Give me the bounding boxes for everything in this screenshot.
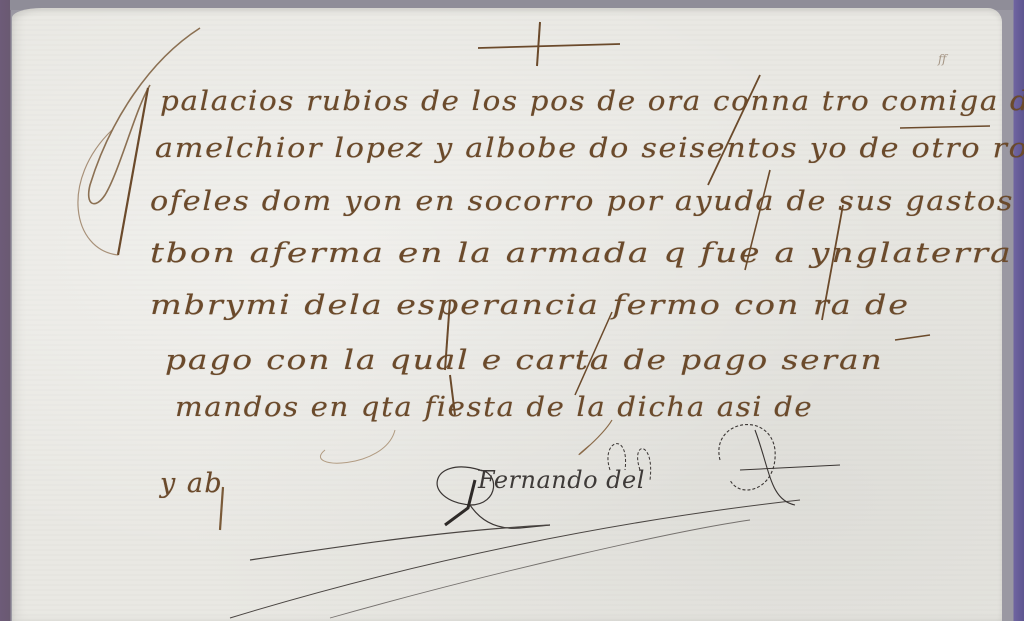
manuscript-line-2: amelchior lopez y albobe do seisentos yo… [155, 133, 1024, 164]
manuscript-line-3: ofeles dom yon en socorro por ayuda de s… [150, 186, 1014, 217]
manuscript-line-7: mandos en qta fiesta de la dicha asi de [175, 392, 813, 423]
signature: Fernando del [478, 466, 645, 494]
manuscript-line-6: pago con la qual e carta de pago seran [165, 345, 884, 376]
folio-mark: ff [938, 52, 947, 66]
manuscript-line-5: mbrymi dela esperancia fermo con ra de [150, 290, 910, 321]
manuscript-line-4: tbon aferma en la armada q fue a ynglate… [150, 238, 1013, 269]
manuscript-line-8: y ab [160, 468, 223, 499]
manuscript-line-1: palacios rubios de los pos de ora conna … [160, 86, 1024, 117]
cross-mark [537, 22, 540, 66]
